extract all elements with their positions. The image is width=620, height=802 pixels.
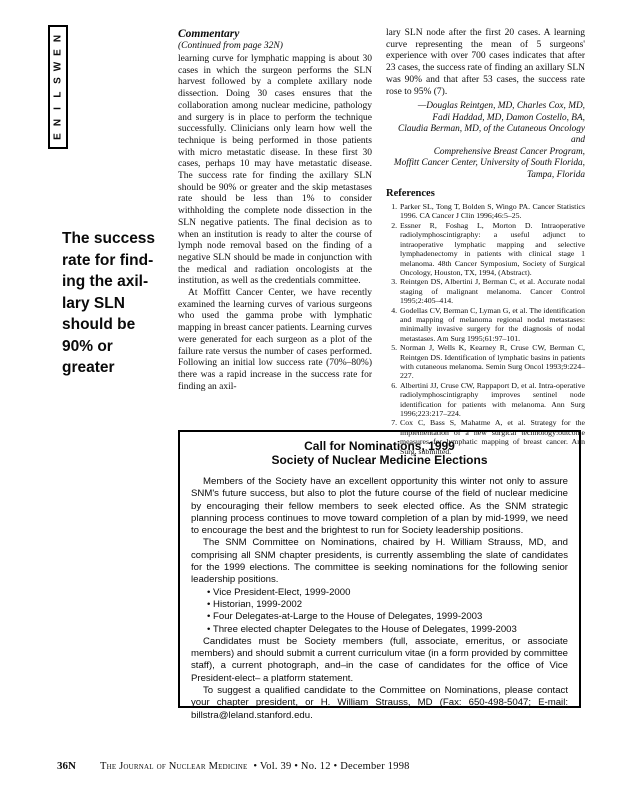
newsline-letter: N (52, 116, 65, 128)
newsline-letter: L (52, 88, 65, 100)
commentary-column-2: lary SLN node after the first 20 cases. … (386, 28, 585, 456)
commentary-column-1: Commentary (Continued from page 32N) lea… (178, 28, 372, 456)
nominations-paragraph: Candidates must be Society members (full… (191, 636, 568, 685)
commentary-paragraph: learning curve for lymphatic mapping is … (178, 54, 372, 288)
reference-item: Norman J, Wells K, Kearney R, Cruse CW, … (399, 343, 585, 381)
page-number: 36N (57, 760, 76, 772)
issue-info: • Vol. 39 • No. 12 • December 1998 (253, 761, 409, 772)
bullet-item: • Three elected chapter Delegates to the… (207, 624, 568, 636)
reference-item: Reintgen DS, Albertini J, Berman C, et a… (399, 277, 585, 305)
newsline-letter: N (52, 32, 65, 44)
pull-quote-line: The success (62, 228, 172, 250)
reference-item: Godellas CV, Berman C, Lyman G, et al. T… (399, 306, 585, 344)
references-heading: References (386, 188, 585, 200)
byline-block: —Douglas Reintgen, MD, Charles Cox, MD, … (386, 101, 585, 181)
byline-line: Claudia Berman, MD, of the Cutaneous Onc… (386, 124, 585, 147)
journal-line: The Journal of Nuclear Medicine • Vol. 3… (100, 761, 410, 772)
nominations-title-line2: Society of Nuclear Medicine Elections (191, 453, 568, 467)
commentary-paragraph: lary SLN node after the first 20 cases. … (386, 28, 585, 98)
journal-page: N E W S L I N E The success rate for fin… (0, 0, 620, 802)
nominations-paragraph: The SNM Committee on Nominations, chaire… (191, 537, 568, 586)
nominations-title-line1: Call for Nominations, 1999 (191, 439, 568, 453)
byline-line: Comprehensive Breast Cancer Program, (386, 147, 585, 158)
pull-quote-line: lary SLN (62, 293, 172, 315)
page-footer: 36N The Journal of Nuclear Medicine • Vo… (36, 760, 596, 772)
newsline-letter: E (52, 46, 65, 58)
pull-quote-line: 90% or (62, 336, 172, 358)
reference-item: Albertini JJ, Cruse CW, Rappaport D, et … (399, 381, 585, 419)
commentary-paragraph: At Moffitt Cancer Center, we have recent… (178, 288, 372, 393)
pull-quote: The success rate for find- ing the axil-… (62, 228, 172, 379)
commentary-heading: Commentary (178, 28, 372, 41)
pull-quote-line: greater (62, 357, 172, 379)
bullet-item: • Vice President-Elect, 1999-2000 (207, 587, 568, 599)
newsline-letter: E (52, 130, 65, 142)
pull-quote-line: should be (62, 314, 172, 336)
nominations-title: Call for Nominations, 1999 Society of Nu… (191, 439, 568, 467)
nominations-paragraph: To suggest a qualified candidate to the … (191, 685, 568, 722)
newsline-letter: I (52, 102, 65, 114)
newsline-letter: S (52, 74, 65, 86)
journal-name: The Journal of Nuclear Medicine (100, 761, 248, 772)
byline-line: Tampa, Florida (386, 170, 585, 181)
continued-from-note: (Continued from page 32N) (178, 41, 372, 52)
nominations-box: Call for Nominations, 1999 Society of Nu… (178, 430, 581, 708)
reference-item: Parker SL, Tong T, Bolden S, Wingo PA. C… (399, 202, 585, 221)
commentary-section: Commentary (Continued from page 32N) lea… (178, 28, 585, 456)
byline-line: Moffitt Cancer Center, University of Sou… (386, 158, 585, 169)
byline-line: Fadi Haddad, MD, Damon Costello, BA, (386, 113, 585, 124)
references-list: Parker SL, Tong T, Bolden S, Wingo PA. C… (399, 202, 585, 456)
nominations-bullet-list: • Vice President-Elect, 1999-2000 • Hist… (207, 587, 568, 636)
pull-quote-line: ing the axil- (62, 271, 172, 293)
newsline-letter: W (52, 60, 65, 72)
newsline-tab: N E W S L I N E (48, 25, 68, 149)
bullet-item: • Historian, 1999-2002 (207, 599, 568, 611)
bullet-item: • Four Delegates-at-Large to the House o… (207, 611, 568, 623)
reference-item: Essner R, Foshag L, Morton D. Intraopera… (399, 221, 585, 277)
nominations-paragraph: Members of the Society have an excellent… (191, 476, 568, 537)
pull-quote-line: rate for find- (62, 250, 172, 272)
byline-line: —Douglas Reintgen, MD, Charles Cox, MD, (386, 101, 585, 112)
